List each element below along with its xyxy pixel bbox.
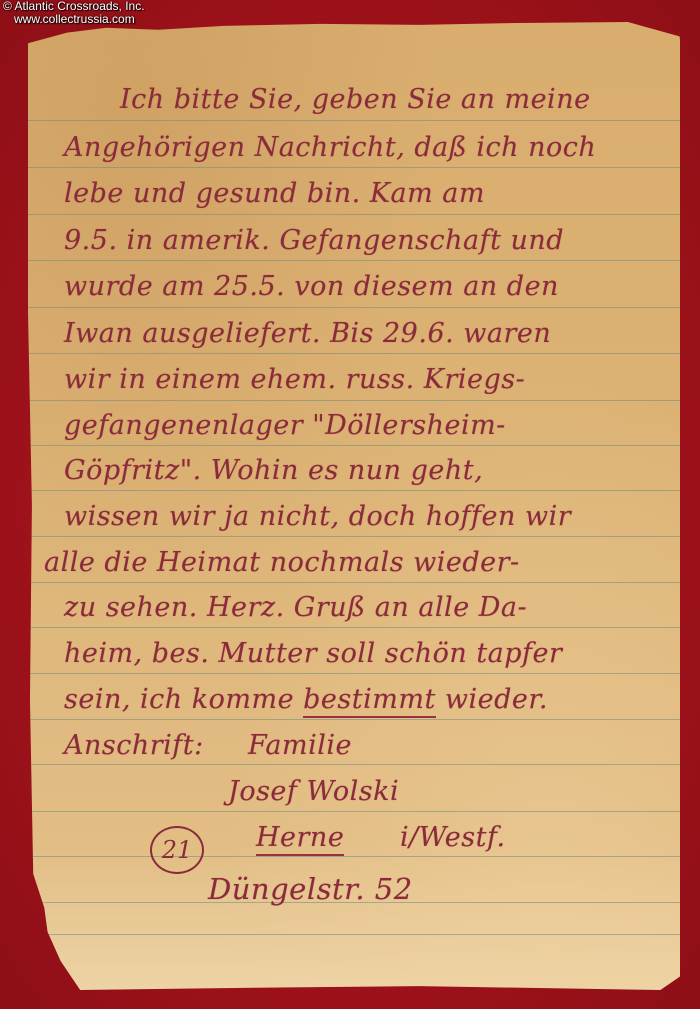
closing-text-end: wieder. bbox=[436, 684, 548, 715]
rule-line bbox=[28, 214, 680, 215]
address-name: Josef Wolski bbox=[228, 776, 399, 807]
rule-line bbox=[28, 934, 680, 935]
address-city: Herne bbox=[256, 822, 344, 856]
address-recipient: Familie bbox=[248, 730, 352, 761]
letter-line: wurde am 25.5. von diesem an den bbox=[64, 271, 559, 302]
rule-line bbox=[28, 673, 680, 674]
rule-line bbox=[28, 445, 680, 446]
letter-line: wissen wir ja nicht, doch hoffen wir bbox=[64, 501, 571, 532]
rule-line bbox=[28, 582, 680, 583]
letter-line: lebe und gesund bin. Kam am bbox=[64, 178, 485, 209]
rule-line bbox=[28, 260, 680, 261]
letter-line: wir in einem ehem. russ. Kriegs- bbox=[64, 364, 525, 395]
rule-line bbox=[28, 719, 680, 720]
rule-line bbox=[28, 856, 680, 857]
rule-line bbox=[28, 167, 680, 168]
rule-line bbox=[28, 353, 680, 354]
letter-paper: Ich bitte Sie, geben Sie an meine Angehö… bbox=[28, 22, 680, 990]
letter-line: Ich bitte Sie, geben Sie an meine bbox=[120, 84, 591, 115]
letter-line: Iwan ausgeliefert. Bis 29.6. waren bbox=[64, 318, 551, 349]
rule-line bbox=[28, 307, 680, 308]
closing-text: sein, ich komme bbox=[64, 684, 303, 715]
letter-line: Angehörigen Nachricht, daß ich noch bbox=[64, 132, 596, 163]
address-street: Düngelstr. 52 bbox=[208, 872, 413, 906]
letter-line: 9.5. in amerik. Gefangenschaft und bbox=[64, 225, 564, 256]
rule-line bbox=[28, 490, 680, 491]
rule-line bbox=[28, 764, 680, 765]
address-label: Anschrift: bbox=[64, 730, 204, 761]
copyright-watermark: © Atlantic Crossroads, Inc. www.collectr… bbox=[3, 0, 145, 26]
letter-line-closing: sein, ich komme bestimmt wieder. bbox=[64, 684, 548, 715]
letter-line: zu sehen. Herz. Gruß an alle Da- bbox=[64, 592, 527, 623]
letter-line: gefangenenlager "Döllersheim- bbox=[64, 410, 506, 441]
letter-line: Göpfritz". Wohin es nun geht, bbox=[64, 455, 483, 486]
letter-line: heim, bes. Mutter soll schön tapfer bbox=[64, 638, 562, 669]
underlined-word: bestimmt bbox=[303, 684, 436, 718]
address-region: i/Westf. bbox=[400, 822, 506, 853]
letter-line: alle die Heimat nochmals wieder- bbox=[44, 547, 520, 578]
rule-line bbox=[28, 400, 680, 401]
rule-line bbox=[28, 811, 680, 812]
rule-line bbox=[28, 627, 680, 628]
rule-line bbox=[28, 536, 680, 537]
circled-number: 21 bbox=[150, 826, 204, 874]
rule-line bbox=[28, 120, 680, 121]
watermark-url: www.collectrussia.com bbox=[3, 13, 145, 26]
